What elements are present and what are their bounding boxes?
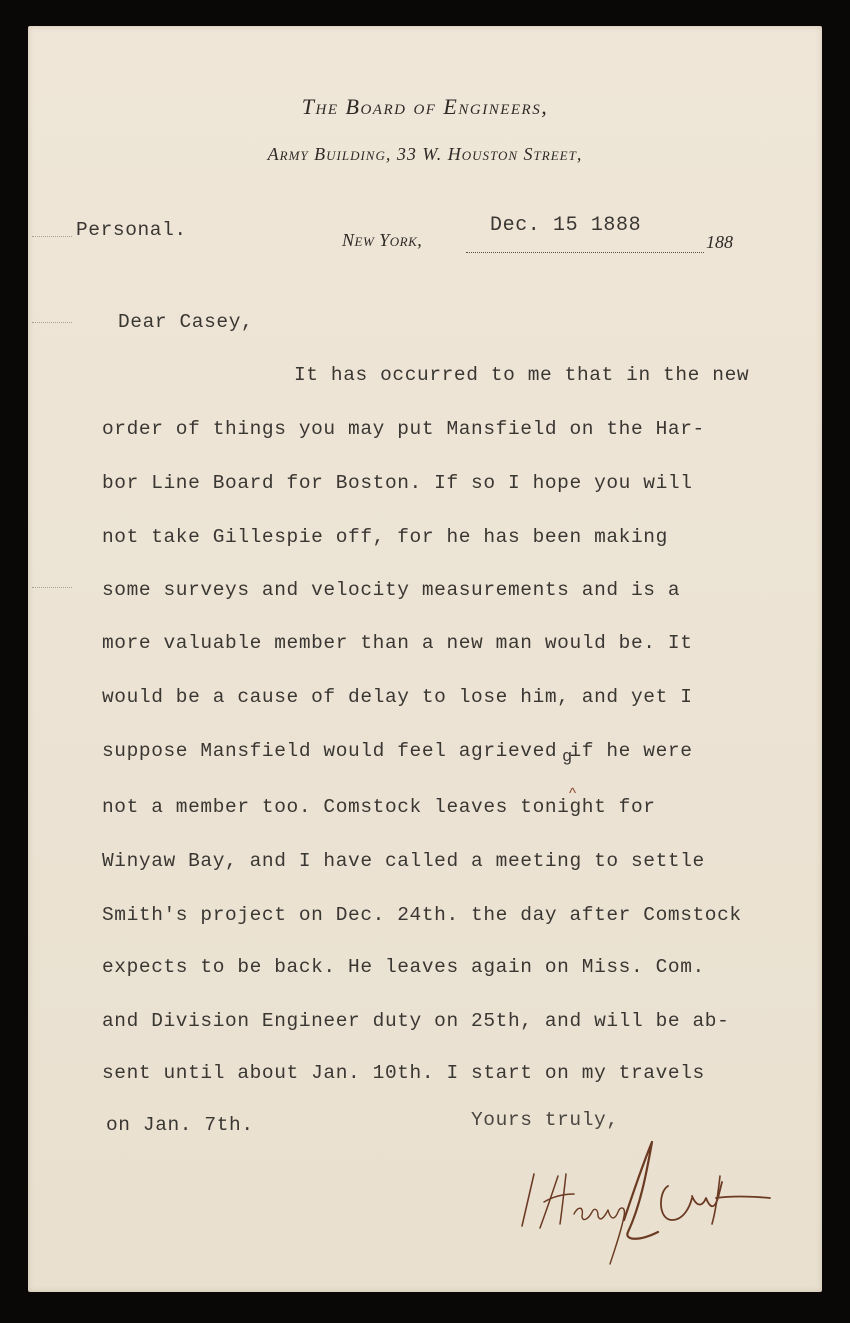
letterhead-address: Army Building, 33 W. Houston Street, (28, 144, 822, 165)
body-line: not a member too. Comstock leaves tonigh… (102, 796, 656, 818)
body-line: order of things you may put Mansfield on… (102, 418, 705, 440)
body-line: Smith's project on Dec. 24th. the day af… (102, 904, 742, 926)
signature (508, 1136, 798, 1276)
margin-mark (32, 587, 72, 589)
body-line: Winyaw Bay, and I have called a meeting … (102, 850, 705, 872)
body-line: not take Gillespie off, for he has been … (102, 526, 668, 548)
letter-date: Dec. 15 1888 (490, 214, 641, 237)
closing: Yours truly, (471, 1109, 619, 1131)
body-line: bor Line Board for Boston. If so I hope … (102, 472, 693, 494)
body-line: sent until about Jan. 10th. I start on m… (102, 1062, 705, 1084)
body-line: expects to be back. He leaves again on M… (102, 956, 705, 978)
margin-mark (32, 322, 72, 324)
salutation: Dear Casey, (118, 311, 253, 333)
body-line: on Jan. 7th. (106, 1114, 254, 1136)
margin-mark (32, 236, 72, 238)
letterhead-year-prefix: 188 (706, 232, 733, 253)
body-line: some surveys and velocity measurements a… (102, 579, 680, 601)
letter-paper: The Board of Engineers, Army Building, 3… (28, 26, 822, 1292)
body-line: would be a cause of delay to lose him, a… (102, 686, 693, 708)
personal-marking: Personal. (76, 219, 187, 241)
letterhead-city: New York, (342, 230, 422, 251)
date-rule (466, 252, 704, 253)
body-line: more valuable member than a new man woul… (102, 632, 693, 654)
body-line: It has occurred to me that in the new (294, 364, 749, 386)
body-line: and Division Engineer duty on 25th, and … (102, 1010, 729, 1032)
body-line: suppose Mansfield would feel agrieved if… (102, 740, 693, 762)
letterhead-title: The Board of Engineers, (28, 94, 822, 120)
